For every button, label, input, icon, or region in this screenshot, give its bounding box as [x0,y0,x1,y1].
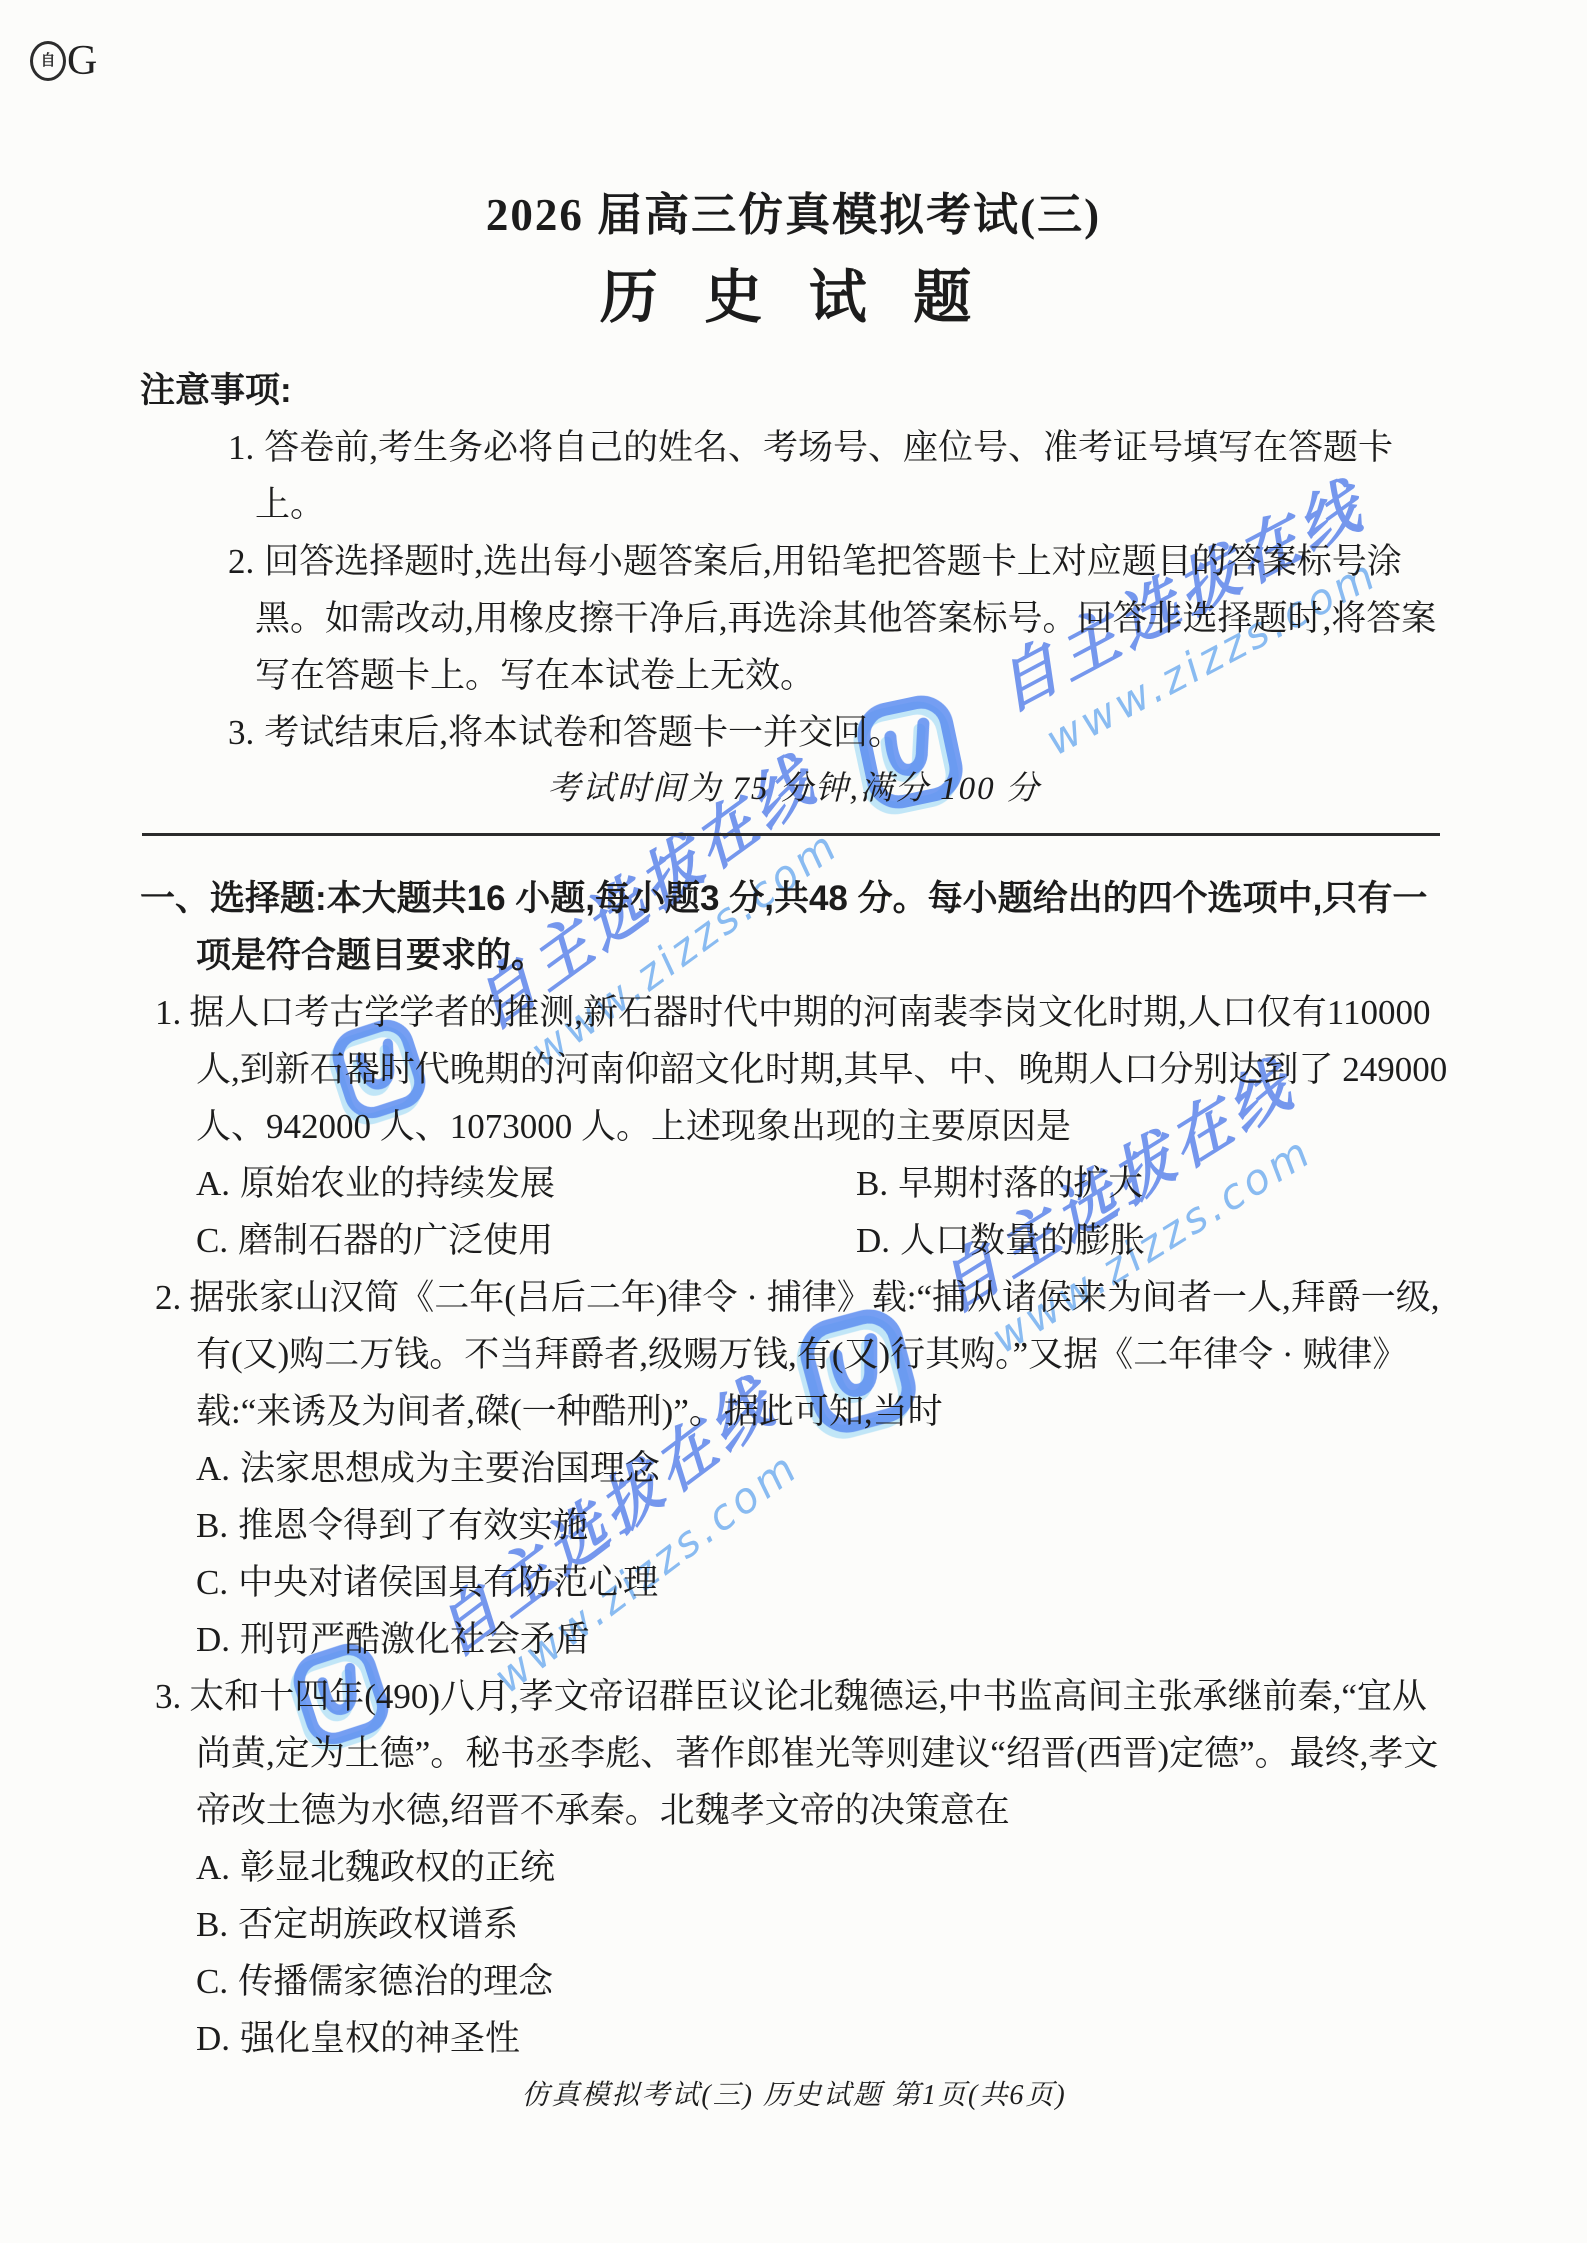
option-text: 传播儒家德治的理念 [238,1962,553,2001]
option-text: 磨制石器的广泛使用 [238,1221,553,1260]
option-b: B.否定胡族政权谱系 [196,1896,1448,1953]
notice-item-text: 答卷前,考生务必将自己的姓名、考场号、座位号、准考证号填写在答题卡上。 [255,428,1393,524]
notice-item-number: 2. [228,542,254,581]
corner-circle-glyph: 自 [30,41,66,81]
option-text: 彰显北魏政权的正统 [240,1848,555,1887]
option-label: B. [856,1164,888,1203]
notice-item-text: 回答选择题时,选出每小题答案后,用铅笔把答题卡上对应题目的答案标号涂黑。如需改动… [255,542,1436,695]
option-c: C.磨制石器的广泛使用 [196,1212,856,1269]
option-text: 推恩令得到了有效实施 [238,1506,588,1545]
notice-heading: 注意事项: [140,362,1448,419]
option-text: 刑罚严酷激化社会矛盾 [240,1620,590,1659]
section-heading: 一、选择题:本大题共16 小题,每小题3 分,共48 分。每小题给出的四个选项中… [140,870,1448,984]
option-text: 强化皇权的神圣性 [240,2019,520,2058]
option-label: D. [856,1221,890,1260]
option-b: B.早期村落的扩大 [856,1155,1448,1212]
question-1-stem: 1.据人口考古学学者的推测,新石器时代中期的河南裴李岗文化时期,人口仅有1100… [140,984,1448,1155]
option-text: 中央对诸侯国具有防范心理 [238,1563,658,1602]
question-2-stem: 2.据张家山汉简《二年(吕后二年)律令 · 捕律》载:“捕从诸侯来为间者一人,拜… [140,1269,1448,1440]
option-label: C. [196,1962,228,2001]
option-text: 早期村落的扩大 [898,1164,1143,1203]
question-number: 2. [155,1278,181,1317]
corner-letter: G [67,40,97,82]
section-divider [142,833,1440,836]
notice-item-2: 2.回答选择题时,选出每小题答案后,用铅笔把答题卡上对应题目的答案标号涂黑。如需… [140,533,1448,704]
question-stem-text: 据张家山汉简《二年(吕后二年)律令 · 捕律》载:“捕从诸侯来为间者一人,拜爵一… [189,1278,1439,1431]
notice-item-number: 1. [228,428,254,467]
option-text: 否定胡族政权谱系 [238,1905,518,1944]
option-text: 原始农业的持续发展 [240,1164,555,1203]
question-stem-text: 太和十四年(490)八月,孝文帝诏群臣议论北魏德运,中书监高间主张承继前秦,“宜… [189,1677,1438,1830]
option-label: B. [196,1905,228,1944]
option-label: D. [196,2019,230,2058]
question-3-stem: 3.太和十四年(490)八月,孝文帝诏群臣议论北魏德运,中书监高间主张承继前秦,… [140,1668,1448,1839]
option-label: D. [196,1620,230,1659]
question-2-options: A.法家思想成为主要治国理念 B.推恩令得到了有效实施 C.中央对诸侯国具有防范… [140,1440,1448,1668]
notice-item-text: 考试结束后,将本试卷和答题卡一并交回。 [264,713,903,752]
option-label: A. [196,1164,230,1203]
question-number: 1. [155,993,181,1032]
option-d: D.人口数量的膨胀 [856,1212,1448,1269]
option-label: C. [196,1221,228,1260]
option-c: C.传播儒家德治的理念 [196,1953,1448,2010]
option-a: A.原始农业的持续发展 [196,1155,856,1212]
exam-paper-page: 自主选拔在线 www.zizzs.com 自主选拔在线 www.zizzs.co… [0,0,1587,2243]
option-d: D.强化皇权的神圣性 [196,2010,1448,2067]
option-c: C.中央对诸侯国具有防范心理 [196,1554,1448,1611]
option-label: C. [196,1563,228,1602]
question-number: 3. [155,1677,181,1716]
option-label: A. [196,1449,230,1488]
option-label: A. [196,1848,230,1887]
option-text: 法家思想成为主要治国理念 [240,1449,660,1488]
option-text: 人口数量的膨胀 [900,1221,1145,1260]
corner-logo: 自 G [30,40,97,82]
question-1-options: A.原始农业的持续发展 B.早期村落的扩大 C.磨制石器的广泛使用 D.人口数量… [196,1155,1448,1269]
question-stem-text: 据人口考古学学者的推测,新石器时代中期的河南裴李岗文化时期,人口仅有110000… [189,993,1447,1146]
option-a: A.法家思想成为主要治国理念 [196,1440,1448,1497]
option-b: B.推恩令得到了有效实施 [196,1497,1448,1554]
exam-title: 2026 届高三仿真模拟考试(三) [0,178,1587,243]
content-area: 注意事项: 1.答卷前,考生务必将自己的姓名、考场号、座位号、准考证号填写在答题… [140,362,1448,2124]
option-d: D.刑罚严酷激化社会矛盾 [196,1611,1448,1668]
notice-item-number: 3. [228,713,254,752]
exam-time-note: 考试时间为 75 分钟,满分 100 分 [140,761,1448,818]
notice-item-1: 1.答卷前,考生务必将自己的姓名、考场号、座位号、准考证号填写在答题卡上。 [140,419,1448,533]
subject-title: 历 史 试 题 [0,250,1587,334]
page-footer: 仿真模拟考试(三) 历史试题 第1页(共6页) [140,2067,1448,2124]
notice-item-3: 3.考试结束后,将本试卷和答题卡一并交回。 [140,704,1448,761]
option-a: A.彰显北魏政权的正统 [196,1839,1448,1896]
option-label: B. [196,1506,228,1545]
question-3-options: A.彰显北魏政权的正统 B.否定胡族政权谱系 C.传播儒家德治的理念 D.强化皇… [140,1839,1448,2067]
